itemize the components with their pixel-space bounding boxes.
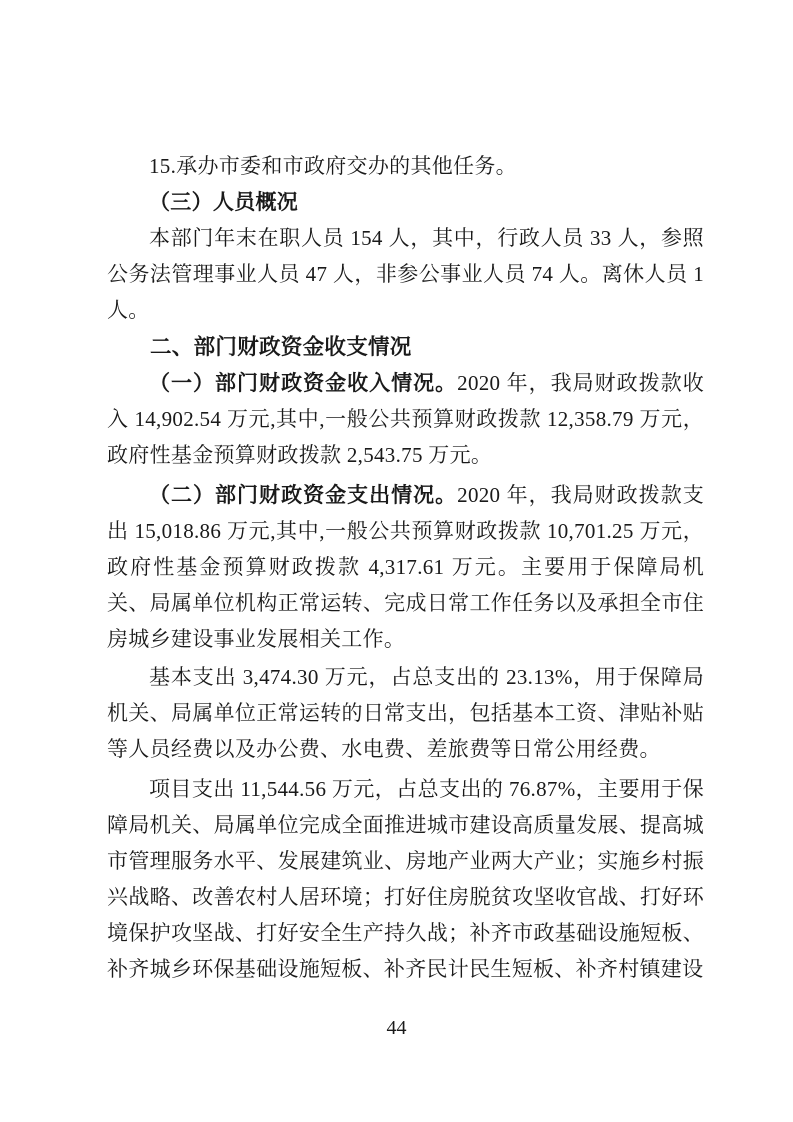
document-body: 15.承办市委和市政府交办的其他任务。 （三）人员概况 本部门年末在职人员 15… <box>107 148 704 987</box>
basic-expense-paragraph: 基本支出 3,474.30 万元，占总支出的 23.13%，用于保障局机关、局属… <box>107 659 704 767</box>
page-number: 44 <box>0 1014 793 1042</box>
item-15-paragraph: 15.承办市委和市政府交办的其他任务。 <box>107 148 704 184</box>
income-lead-label: （一）部门财政资金收入情况。 <box>149 371 457 395</box>
project-expense-paragraph: 项目支出 11,544.56 万元，占总支出的 76.87%，主要用于保障局机关… <box>107 771 704 987</box>
personnel-overview-paragraph: 本部门年末在职人员 154 人，其中，行政人员 33 人，参照公务法管理事业人员… <box>107 220 704 328</box>
expense-paragraph: （二）部门财政资金支出情况。2020 年，我局财政拨款支出 15,018.86 … <box>107 477 704 657</box>
expense-lead-label: （二）部门财政资金支出情况。 <box>149 483 457 507</box>
expense-body-text: 2020 年，我局财政拨款支出 15,018.86 万元,其中,一般公共预算财政… <box>107 483 704 651</box>
personnel-overview-heading: （三）人员概况 <box>107 184 704 220</box>
document-page: 15.承办市委和市政府交办的其他任务。 （三）人员概况 本部门年末在职人员 15… <box>0 0 793 1122</box>
section-2-heading: 二、部门财政资金收支情况 <box>107 329 704 365</box>
income-paragraph: （一）部门财政资金收入情况。2020 年，我局财政拨款收入 14,902.54 … <box>107 365 704 473</box>
